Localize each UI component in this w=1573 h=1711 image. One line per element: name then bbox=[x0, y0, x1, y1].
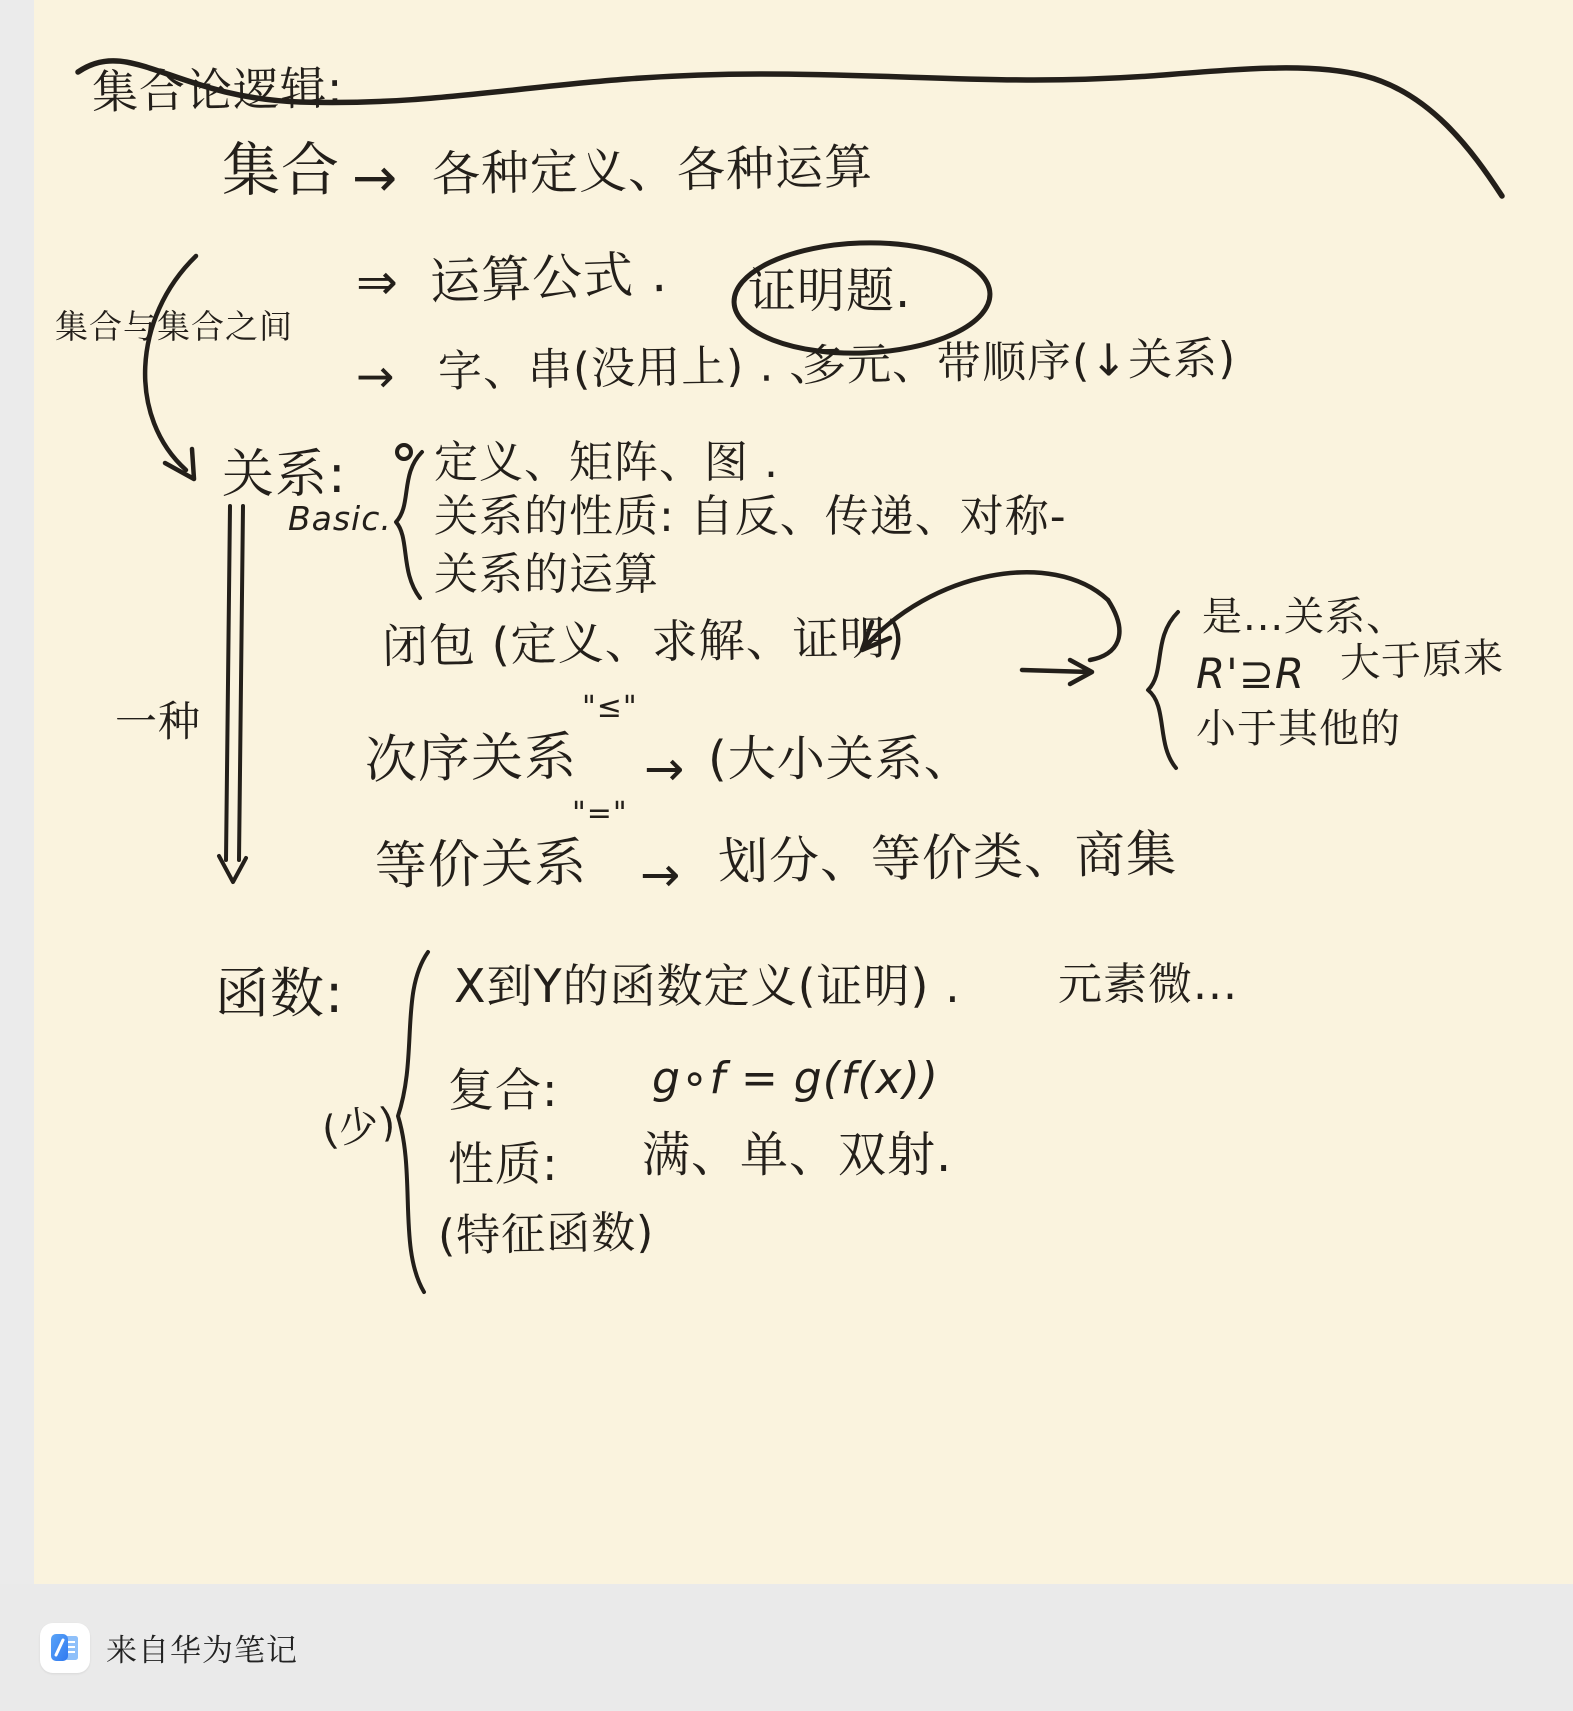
relation-basic-item-1: 定义、矩阵、图 . bbox=[434, 440, 779, 486]
equiv-relation-arrow: → bbox=[640, 850, 681, 900]
compose-label: 复合: bbox=[448, 1066, 559, 1114]
between-sets-label: 集合与集合之间 bbox=[55, 310, 293, 345]
equiv-relation-head: 等价关系 bbox=[375, 836, 588, 894]
few-label: (少) bbox=[319, 1101, 398, 1153]
function-brace bbox=[398, 952, 428, 1292]
arrow-set-to-relation bbox=[145, 256, 196, 470]
order-relation-head: 次序关系 bbox=[365, 730, 578, 788]
equiv-relation-sup: "=" bbox=[572, 798, 628, 830]
compose-formula: g∘f = g(f(x)) bbox=[652, 1056, 939, 1102]
relation-to-function-double-line bbox=[226, 506, 243, 860]
relation-basic-item-3: 关系的运算 bbox=[434, 552, 659, 598]
huawei-notes-icon-glyph bbox=[48, 1631, 82, 1665]
one-kind-label: 一种 bbox=[115, 700, 201, 744]
relation-to-function-arrowhead bbox=[219, 856, 246, 882]
function-def-line: X到Y的函数定义(证明) . bbox=[454, 962, 961, 1010]
basic-brace bbox=[396, 452, 422, 598]
char-fn-line: (特征函数) bbox=[438, 1210, 655, 1260]
basic-brace-curl bbox=[397, 445, 411, 459]
circled-proof-text: 证明题. bbox=[748, 266, 911, 316]
set-tuple-line: 多元、带顺序(↓关系) bbox=[802, 336, 1237, 390]
node-set: 集合 bbox=[222, 140, 340, 201]
order-relation-tail: (大小关系、 bbox=[708, 734, 973, 784]
closure-note-smaller: 小于其他的 bbox=[1196, 708, 1401, 750]
closure-note-line-1: 是...关系、 bbox=[1202, 596, 1407, 638]
source-chip[interactable]: 来自华为笔记 bbox=[40, 1623, 298, 1673]
note-title: 集合论逻辑: bbox=[92, 64, 344, 117]
screen: 集合论逻辑: 集合 → 各种定义、各种运算 ⇒ 运算公式 . 证明题. → 字、… bbox=[0, 0, 1573, 1711]
equiv-relation-tail: 划分、等价类、商集 bbox=[718, 828, 1178, 889]
footer-bar: 来自华为笔记 bbox=[0, 1584, 1573, 1711]
closure-line: 闭包 (定义、求解、证明) bbox=[382, 613, 906, 670]
set-definitions-line: 各种定义、各种运算 bbox=[432, 142, 874, 200]
node-relation: 关系: bbox=[222, 448, 347, 503]
set-string-line: 字、串(没用上) . 、 bbox=[438, 343, 835, 396]
function-def-extra: 元素微... bbox=[1058, 962, 1238, 1008]
set-formula-line: 运算公式 . bbox=[429, 248, 668, 309]
closure-note-brace bbox=[1148, 612, 1178, 768]
arrow-glyph-1: → bbox=[352, 150, 398, 207]
node-function: 函数: bbox=[215, 966, 344, 1023]
basic-label: Basic. bbox=[288, 502, 392, 537]
relation-basic-item-2: 关系的性质: 自反、传递、对称- bbox=[434, 494, 1067, 540]
source-label: 来自华为笔记 bbox=[106, 1625, 298, 1670]
handwriting-strokes bbox=[0, 0, 1573, 1584]
arrow-into-brace bbox=[1022, 660, 1092, 684]
closure-note-bigger: 大于原来 bbox=[1339, 637, 1504, 685]
arrow-hook-stroke bbox=[1090, 600, 1119, 660]
order-relation-sup: "≤" bbox=[582, 692, 638, 724]
props-line: 满、单、双射. bbox=[642, 1130, 952, 1180]
closure-note-formula: R'⊇R bbox=[1196, 652, 1305, 696]
arrow-glyph-2: ⇒ bbox=[356, 256, 399, 309]
arrow-glyph-3: → bbox=[356, 352, 396, 400]
props-label: 性质: bbox=[448, 1140, 559, 1188]
huawei-notes-icon bbox=[40, 1623, 90, 1673]
order-relation-arrow: → bbox=[644, 744, 685, 794]
